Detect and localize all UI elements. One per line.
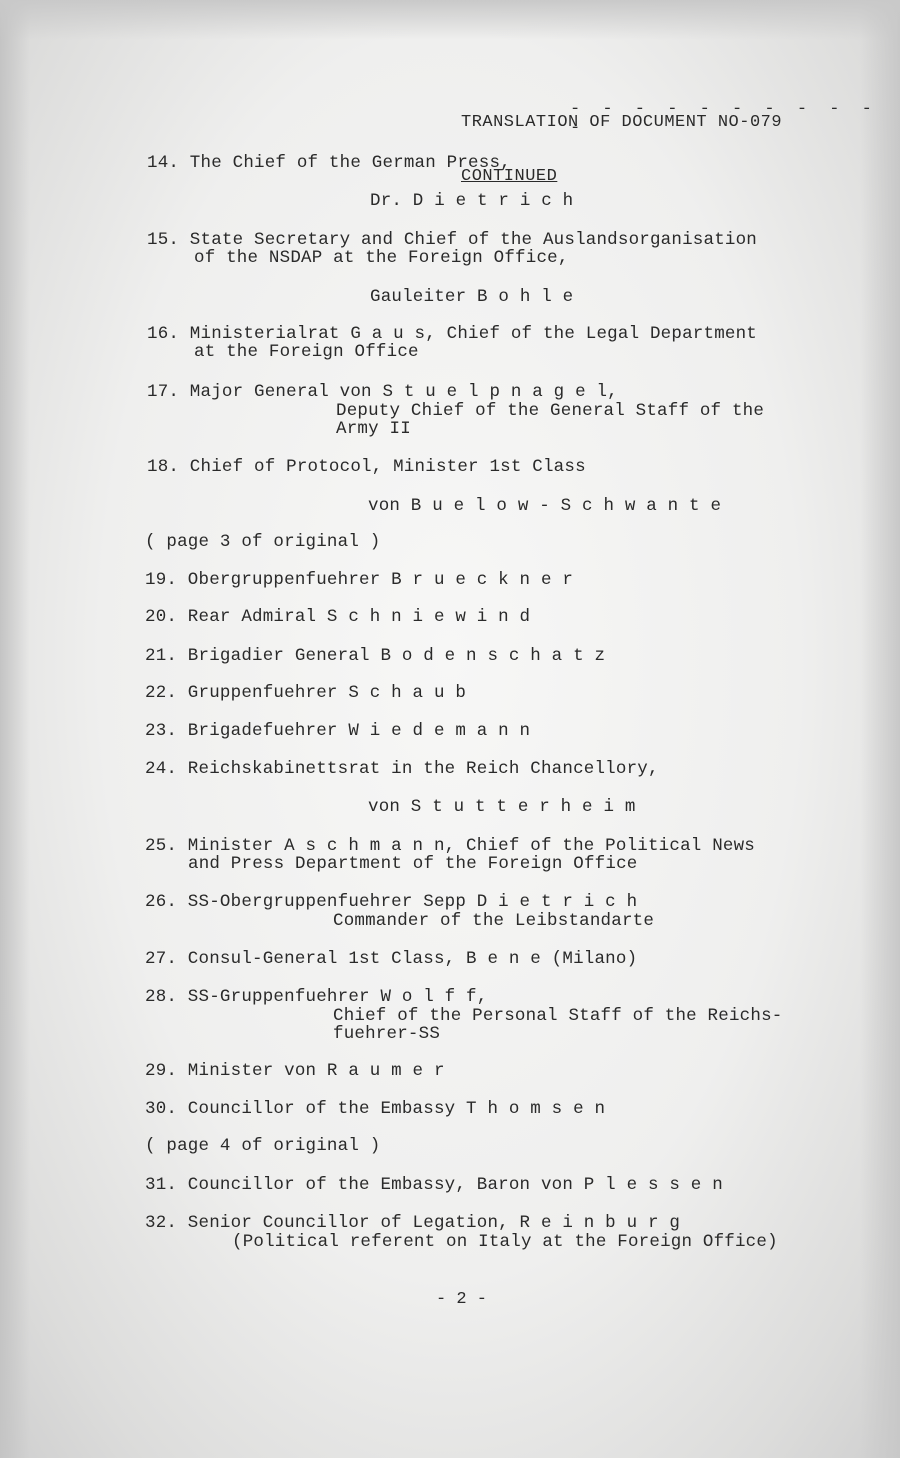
entry-15-name: Gauleiter B o h l e xyxy=(370,288,573,306)
entry-28-line-3: fuehrer-SS xyxy=(333,1025,440,1043)
paper-edge-shadow xyxy=(0,0,900,40)
entry-17-line-3: Army II xyxy=(336,420,411,438)
page-number: - 2 - xyxy=(436,1290,487,1309)
entry-20: 20. Rear Admiral S c h n i e w i n d xyxy=(145,608,530,626)
header-dashes: - - - - - - - - - - - xyxy=(570,100,900,138)
entry-22: 22. Gruppenfuehrer S c h a u b xyxy=(145,684,466,702)
entry-21: 21. Brigadier General B o d e n s c h a … xyxy=(145,647,605,665)
entry-15-line-1: 15. State Secretary and Chief of the Aus… xyxy=(147,231,757,249)
entry-32-line-1: 32. Senior Councillor of Legation, R e i… xyxy=(145,1214,680,1232)
entry-26-line-2: Commander of the Leibstandarte xyxy=(333,912,654,930)
entry-30: 30. Councillor of the Embassy T h o m s … xyxy=(145,1100,605,1118)
entry-17-line-1: 17. Major General von S t u e l p n a g … xyxy=(147,383,618,401)
entry-26-line-1: 26. SS-Obergruppenfuehrer Sepp D i e t r… xyxy=(145,893,637,911)
page-note: ( page 3 of original ) xyxy=(145,533,380,551)
entry-28-line-1: 28. SS-Gruppenfuehrer W o l f f, xyxy=(145,988,487,1006)
entry-25-line-2: and Press Department of the Foreign Offi… xyxy=(188,855,637,873)
entry-18-name: von B u e l o w - S c h w a n t e xyxy=(368,497,721,515)
entry-18-line-1: 18. Chief of Protocol, Minister 1st Clas… xyxy=(147,458,586,476)
entry-17-line-2: Deputy Chief of the General Staff of the xyxy=(336,402,764,420)
entry-16-line-2: at the Foreign Office xyxy=(194,343,419,361)
entry-25-line-1: 25. Minister A s c h m a n n, Chief of t… xyxy=(145,837,755,855)
entry-23: 23. Brigadefuehrer W i e d e m a n n xyxy=(145,722,530,740)
entry-14-line-1: 14. The Chief of the German Press, xyxy=(147,154,511,172)
entry-29: 29. Minister von R a u m e r xyxy=(145,1062,445,1080)
page-note: ( page 4 of original ) xyxy=(145,1137,380,1155)
paper-edge-shadow xyxy=(0,0,30,1458)
entry-14-name: Dr. D i e t r i c h xyxy=(370,192,573,210)
document-page: TRANSLATION OF DOCUMENT NO-079 CONTINUED… xyxy=(0,0,900,1458)
paper-edge-shadow xyxy=(860,0,900,1458)
entry-27: 27. Consul-General 1st Class, B e n e (M… xyxy=(145,950,637,968)
entry-15-line-2: of the NSDAP at the Foreign Office, xyxy=(194,249,569,267)
entry-24-name: von S t u t t e r h e i m xyxy=(368,798,636,816)
entry-31: 31. Councillor of the Embassy, Baron von… xyxy=(145,1176,723,1194)
entry-19: 19. Obergruppenfuehrer B r u e c k n e r xyxy=(145,571,573,589)
entry-24-line-1: 24. Reichskabinettsrat in the Reich Chan… xyxy=(145,760,659,778)
entry-16-line-1: 16. Ministerialrat G a u s, Chief of the… xyxy=(147,325,757,343)
entry-28-line-2: Chief of the Personal Staff of the Reich… xyxy=(333,1007,782,1025)
entry-32-line-2: (Political referent on Italy at the Fore… xyxy=(232,1233,778,1251)
